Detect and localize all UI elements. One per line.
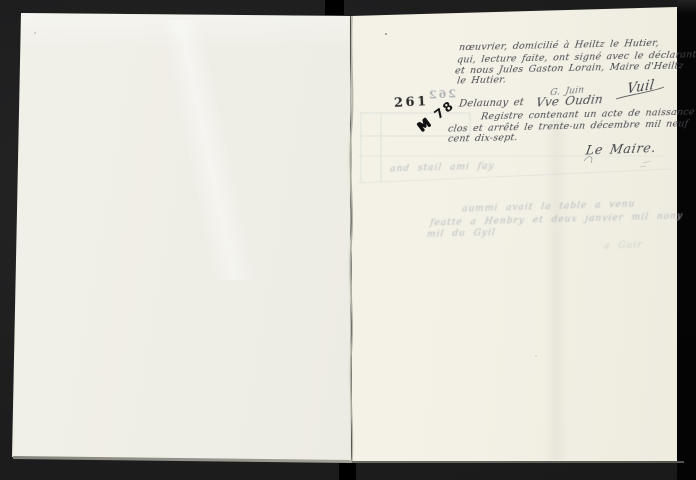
paper-sheen bbox=[490, 120, 610, 460]
handwriting-line-4: le Hutier. bbox=[456, 74, 507, 86]
closing-signoff: Le Maire. bbox=[585, 140, 658, 158]
folio-number-stamp: 261 bbox=[394, 94, 429, 111]
bleedthrough-line: mil du Gyil bbox=[426, 228, 496, 240]
paper-sheen bbox=[120, 20, 300, 280]
bleedthrough-mirrored-folio: 262 bbox=[427, 87, 457, 101]
bleedthrough-line: a Guir bbox=[603, 240, 643, 251]
closing-line-3: cent dix-sept. bbox=[447, 132, 518, 145]
mention-parties: Delaunay et bbox=[458, 97, 524, 110]
spine-gap-top bbox=[325, 0, 344, 15]
book-edge-shadow bbox=[677, 0, 696, 480]
page-edge-highlight-right bbox=[352, 461, 684, 463]
spine-gap-bottom bbox=[339, 463, 356, 480]
scanned-register-spread: 261 M 78 nœuvrier, domicilié à Heiltz le… bbox=[0, 0, 696, 480]
